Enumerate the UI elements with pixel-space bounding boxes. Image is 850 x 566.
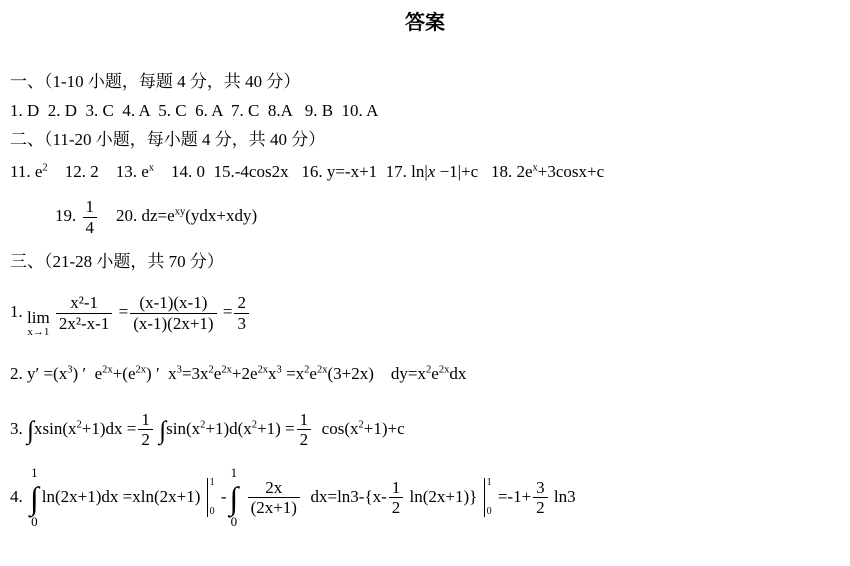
math-fragment: 12. 2 13. e xyxy=(48,162,149,181)
solution-2-derivative: 2. y′ =(x3) ′ e2x+(e2x) ′ x3=3x2e2x+2e2x… xyxy=(10,362,840,386)
math-fragment: dx xyxy=(449,364,466,383)
superscript: 2x xyxy=(102,364,113,375)
integral-with-bounds: 1∫0 xyxy=(230,465,239,531)
math-fragment: +1)+c xyxy=(364,419,405,438)
math-fragment: +2e xyxy=(232,364,258,383)
math-fragment: ln3 xyxy=(550,487,576,506)
fraction: 12 xyxy=(297,410,312,450)
superscript: 2x xyxy=(317,364,328,375)
limit-operator: limx→1 xyxy=(27,309,50,339)
math-fragment: −1|+c 18. 2e xyxy=(435,162,532,181)
superscript: 2x xyxy=(136,364,147,375)
math-fragment: 4. xyxy=(10,487,27,506)
answers-11-18: 11. e2 12. 2 13. ex 14. 0 15.-4cos2x 16.… xyxy=(10,160,840,184)
math-fragment: xsin(x xyxy=(34,419,77,438)
math-fragment: dx=ln3-{x- xyxy=(302,487,387,506)
math-fragment: 20. dz=e xyxy=(99,206,175,225)
math-fragment xyxy=(50,302,54,321)
math-fragment: x xyxy=(268,364,277,383)
section3-header: 三、（21-28 小题，共 70 分） xyxy=(10,250,840,274)
math-fragment: (3+2x) dy=x xyxy=(328,364,427,383)
math-fragment: ln(2x+1)dx =xln(2x+1) xyxy=(42,487,205,506)
math-fragment: cos(x xyxy=(313,419,358,438)
fraction: (x-1)(x-1)(x-1)(2x+1) xyxy=(130,293,216,333)
fraction: 14 xyxy=(83,197,98,237)
math-fragment: e xyxy=(431,364,439,383)
solution-4-definite-integral: 4. 1∫0ln(2x+1)dx =xln(2x+1) 10 -1∫0 2x(2… xyxy=(10,465,840,531)
math-fragment: (ydx+xdy) xyxy=(185,206,257,225)
section2-header: 二、（11-20 小题，每小题 4 分，共 40 分） xyxy=(10,128,840,152)
math-fragment: =-1+ xyxy=(494,487,532,506)
math-fragment: 3. xyxy=(10,419,27,438)
integral-sign: ∫ xyxy=(27,415,34,444)
math-fragment: +1)d(x xyxy=(205,419,251,438)
answers-19-20: 19. 14 20. dz=exy(ydx+xdy) xyxy=(55,197,840,237)
fraction: 12 xyxy=(138,410,153,450)
math-fragment xyxy=(241,487,245,506)
math-fragment: 14. 0 15.-4cos2x 16. y=-x+1 17. ln| xyxy=(154,162,428,181)
fraction: x²-12x²-x-1 xyxy=(56,293,112,333)
fraction: 32 xyxy=(533,478,548,518)
evaluation-bar: 10 xyxy=(207,478,215,517)
fraction: 23 xyxy=(234,293,249,333)
superscript: 2x xyxy=(439,364,450,375)
math-fragment: +(e xyxy=(113,364,136,383)
superscript: xy xyxy=(175,206,186,217)
math-fragment: sin(x xyxy=(166,419,200,438)
math-fragment: = xyxy=(114,302,128,321)
math-fragment: ) ′ e xyxy=(72,364,102,383)
page-title: 答案 xyxy=(10,10,840,36)
math-fragment: =x xyxy=(282,364,304,383)
superscript: 2x xyxy=(221,364,232,375)
math-fragment: ln(2x+1)} xyxy=(405,487,481,506)
math-fragment: 1. xyxy=(10,302,27,321)
fraction: 2x(2x+1) xyxy=(248,478,300,518)
math-fragment: = xyxy=(219,302,233,321)
math-fragment: 19. xyxy=(55,206,81,225)
integral-with-bounds: 1∫0 xyxy=(30,465,39,531)
answers-1-10: 1. D 2. D 3. C 4. A 5. C 6. A 7. C 8.A 9… xyxy=(10,99,840,123)
math-fragment: +3cosx+c xyxy=(538,162,604,181)
math-fragment: +1)dx = xyxy=(82,419,137,438)
answer-sheet-page: 答案 一、（1-10 小题，每题 4 分，共 40 分） 1. D 2. D 3… xyxy=(0,0,850,531)
math-fragment: 2. y′ =(x xyxy=(10,364,67,383)
evaluation-bar: 10 xyxy=(484,478,492,517)
section1-header: 一、（1-10 小题，每题 4 分，共 40 分） xyxy=(10,70,840,94)
math-fragment: +1) = xyxy=(257,419,295,438)
fraction: 12 xyxy=(389,478,404,518)
solution-3-integral: 3. ∫xsin(x2+1)dx =12 ∫sin(x2+1)d(x2+1) =… xyxy=(10,410,840,450)
superscript: 2x xyxy=(258,364,269,375)
math-fragment: 11. e xyxy=(10,162,42,181)
math-fragment: ) ′ x xyxy=(146,364,177,383)
solution-1-limit: 1. limx→1 x²-12x²-x-1 =(x-1)(x-1)(x-1)(2… xyxy=(10,293,840,339)
math-fragment: - xyxy=(217,487,227,506)
math-fragment: e xyxy=(309,364,317,383)
math-fragment: =3x xyxy=(182,364,209,383)
